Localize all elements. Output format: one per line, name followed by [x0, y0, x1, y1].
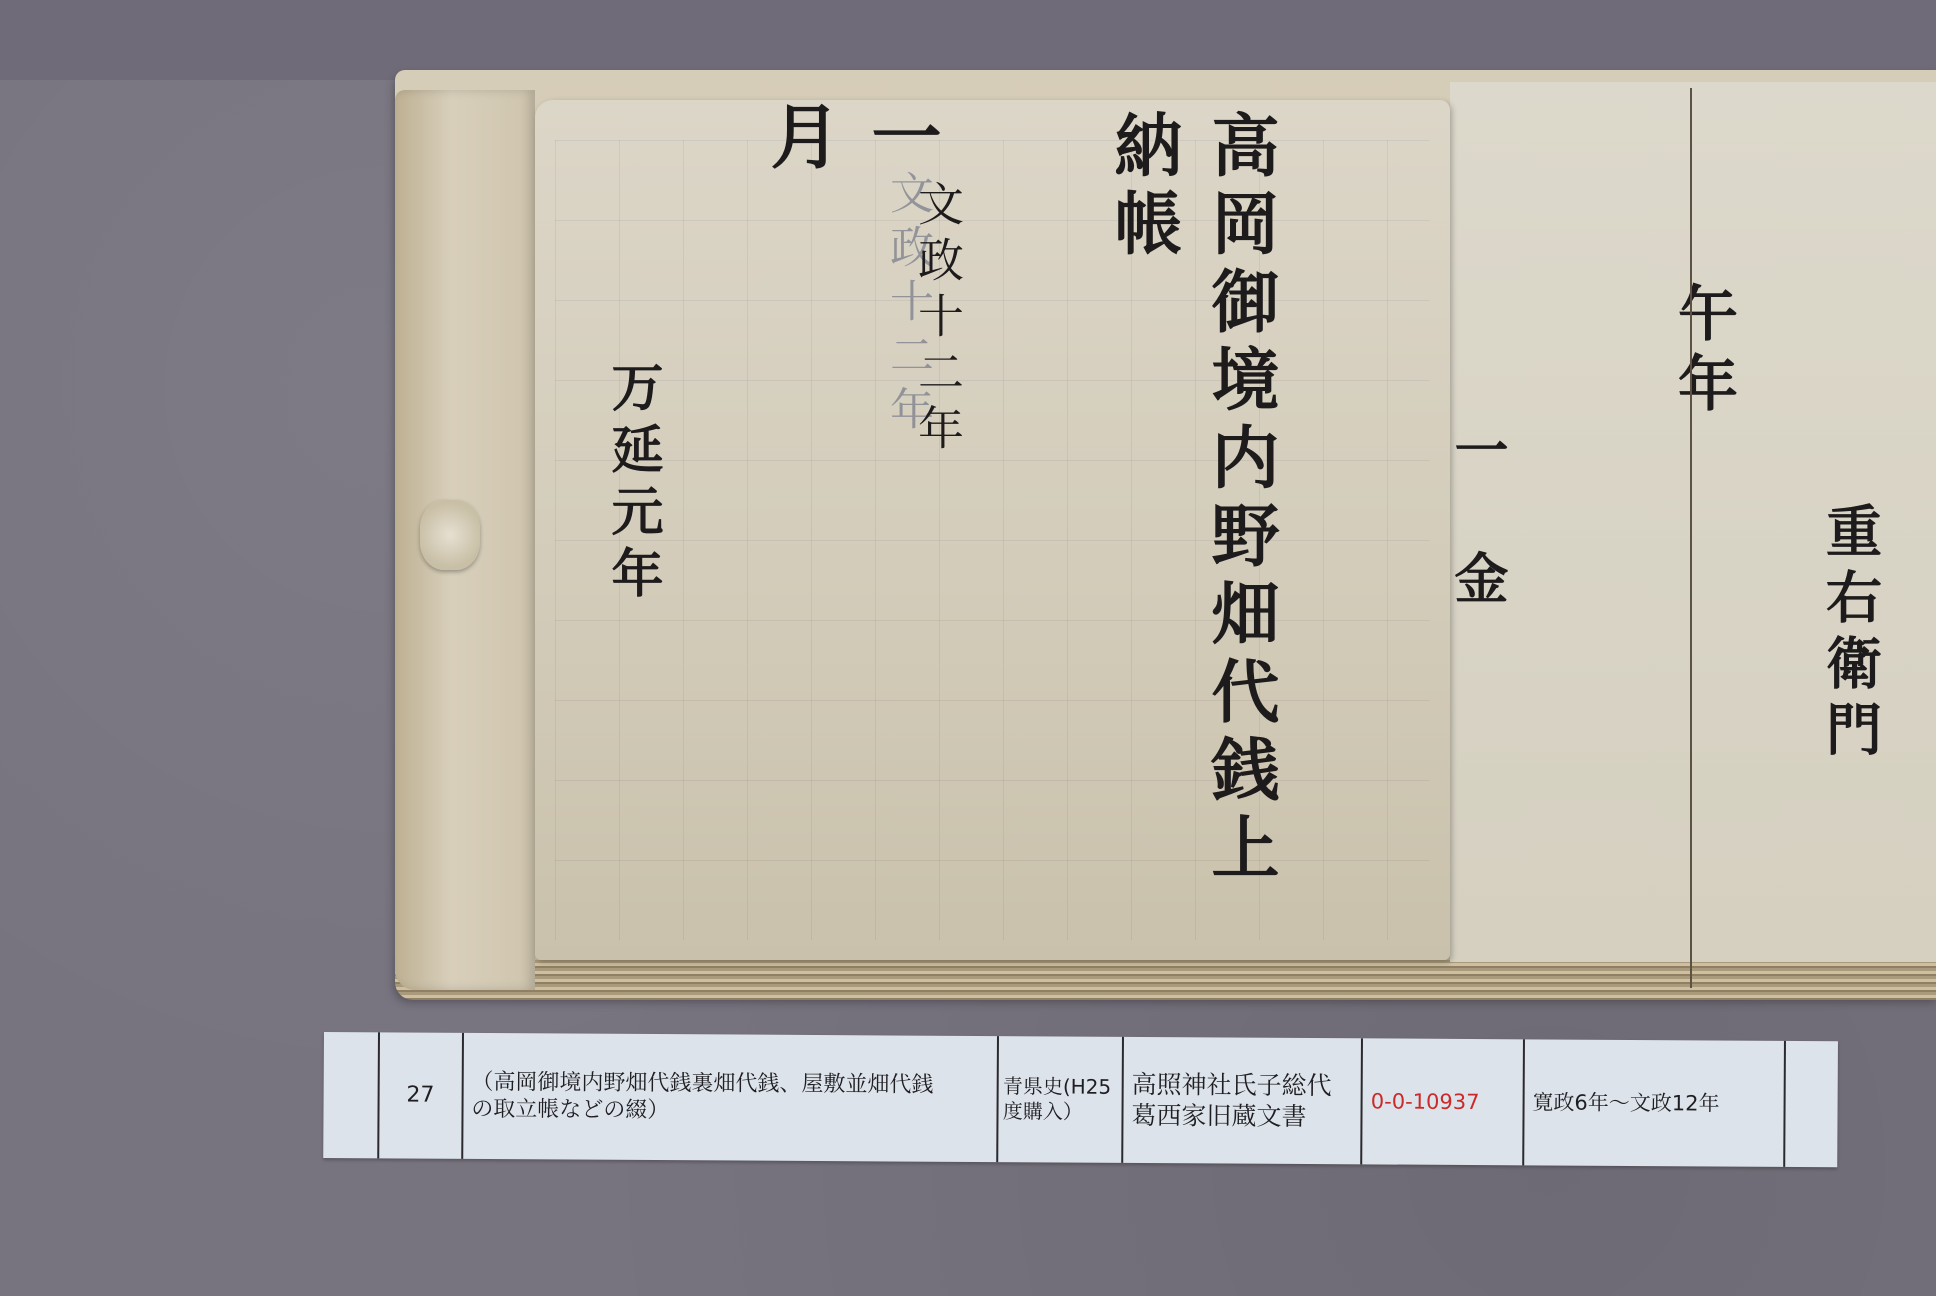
archive-label-strip: 27 （高岡御境内野畑代銭裏畑代銭、屋敷並畑代銭 の取立帳などの綴） 青県史(H… — [323, 1032, 1838, 1167]
cover-sheet: 一 月 文政十二年 文政十二年 万延元年 高岡御境内野畑代銭上納帳 — [535, 100, 1450, 960]
inner-page-column: 一 金 — [1440, 422, 1517, 982]
background-felt — [0, 0, 1936, 80]
label-collection-line2: 葛西家旧蔵文書 — [1131, 1100, 1331, 1132]
label-cell-title: （高岡御境内野畑代銭裏畑代銭、屋敷並畑代銭 の取立帳などの綴） — [463, 1033, 999, 1162]
cover-column-era: 文政十二年 — [905, 180, 971, 580]
cover-column-title: 高岡御境内野畑代銭上納帳 — [1095, 110, 1289, 890]
inner-page-column: 重右衛門 — [1810, 502, 1890, 1062]
label-title-line2: の取立帳などの綴） — [471, 1096, 933, 1126]
label-source-line1: 青県史(H25 — [1003, 1074, 1111, 1100]
label-title-line1: （高岡御境内野畑代銭裏畑代銭、屋敷並畑代銭 — [471, 1068, 933, 1098]
page-divider-line — [1690, 88, 1692, 988]
label-cell-blank-left — [323, 1032, 380, 1158]
ruled-lines — [555, 140, 1430, 940]
label-cell-catalog-id: 0-0-10937 — [1362, 1038, 1524, 1165]
label-collection-line1: 高照神社氏子総代 — [1131, 1069, 1331, 1101]
inner-page: 一 金 午年 重右衛門 — [1450, 82, 1936, 962]
cover-column-year: 万延元年 — [595, 360, 670, 780]
label-cell-blank-right — [1785, 1041, 1838, 1167]
ledger-page-edges — [395, 960, 1936, 1000]
label-cell-number: 27 — [379, 1032, 464, 1159]
label-source-line2: 度購入） — [1003, 1099, 1111, 1125]
label-cell-date-range: 寛政6年～文政12年 — [1524, 1039, 1786, 1167]
inner-page-column: 午年 — [1660, 282, 1746, 602]
label-cell-source: 青県史(H25 度購入） — [998, 1036, 1123, 1163]
binding-tie-knot — [420, 500, 480, 570]
label-cell-collection: 高照神社氏子総代 葛西家旧蔵文書 — [1123, 1037, 1363, 1164]
